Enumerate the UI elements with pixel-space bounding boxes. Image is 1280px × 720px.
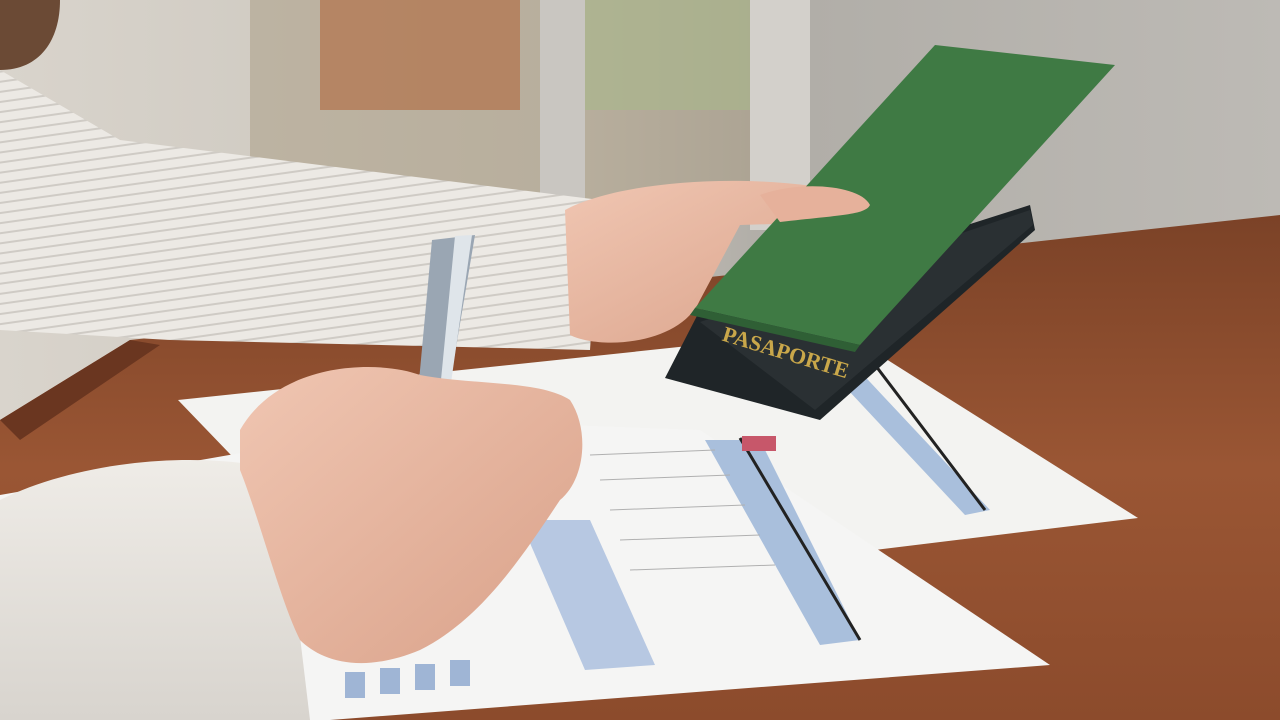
- photo-scene: PASAPORTE: [0, 0, 1280, 720]
- flag-icon: [742, 436, 776, 451]
- photo-illustration: PASAPORTE: [0, 0, 1280, 720]
